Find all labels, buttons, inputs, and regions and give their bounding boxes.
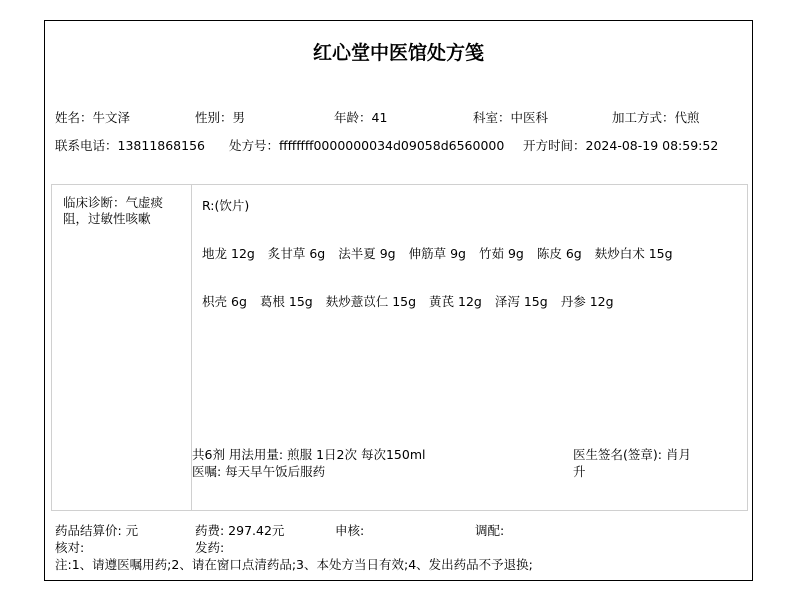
dosage-usage: 共6剂 用法用量: 煎服 1日2次 每次150ml — [192, 446, 425, 463]
notes-text: 注:1、请遵医嘱用药;2、请在窗口点清药品;3、本处方当日有效;4、发出药品不予… — [55, 556, 533, 573]
prescription-box: 临床诊断：气虚痰阻，过敏性咳嗽 R:(饮片) 地龙 12g 炙甘草 6g 法半夏… — [51, 184, 748, 511]
herb-list-line-2: 枳壳 6g 葛根 15g 麸炒薏苡仁 15g 黄芪 12g 泽泻 15g 丹参 … — [202, 292, 623, 310]
herb-item: 地龙 12g — [202, 246, 255, 261]
herb-item: 麸炒白术 15g — [595, 246, 673, 261]
herb-item: 黄芪 12g — [429, 294, 482, 309]
herb-item: 炙甘草 6g — [268, 246, 325, 261]
herb-item: 伸筋草 9g — [409, 246, 466, 261]
doctor-advice: 医嘱: 每天早午饭后服药 — [192, 463, 425, 480]
footer-notes: 注:1、请遵医嘱用药;2、请在窗口点清药品;3、本处方当日有效;4、发出药品不予… — [55, 556, 742, 573]
clinical-diagnosis: 临床诊断：气虚痰阻，过敏性咳嗽 — [52, 185, 192, 510]
usage-instructions: 共6剂 用法用量: 煎服 1日2次 每次150ml 医嘱: 每天早午饭后服药 — [192, 446, 425, 480]
herb-item: 枳壳 6g — [202, 294, 247, 309]
rx-header: R:(饮片) — [202, 196, 249, 214]
issue-field: 发药: — [195, 539, 224, 556]
herb-item: 丹参 12g — [561, 294, 614, 309]
doctor-signature: 医生签名(签章): 肖月升 — [573, 446, 698, 480]
prescription-time: 开方时间：2024-08-19 08:59:52 — [523, 136, 718, 154]
patient-gender: 性别：男 — [195, 108, 245, 126]
review-field: 申核: — [335, 522, 364, 539]
processing-method: 加工方式：代煎 — [612, 108, 700, 126]
prescription-sheet: 红心堂中医馆处方笺 姓名：牛文泽 性别：男 年龄：41 科室：中医科 加工方式：… — [44, 20, 753, 581]
herb-item: 竹茹 9g — [479, 246, 524, 261]
patient-info-row-2: 联系电话：13811868156 处方号：ffffffff0000000034d… — [55, 136, 742, 152]
herb-item: 法半夏 9g — [338, 246, 395, 261]
patient-info-row-1: 姓名：牛文泽 性别：男 年龄：41 科室：中医科 加工方式：代煎 — [55, 108, 742, 124]
herb-item: 陈皮 6g — [537, 246, 582, 261]
patient-name: 姓名：牛文泽 — [55, 108, 130, 126]
patient-phone: 联系电话：13811868156 — [55, 136, 205, 154]
prescription-content: R:(饮片) 地龙 12g 炙甘草 6g 法半夏 9g 伸筋草 9g 竹茹 9g… — [192, 185, 747, 510]
drug-fee: 药费: 297.42元 — [195, 522, 284, 539]
dispense-field: 调配: — [475, 522, 504, 539]
herb-item: 麸炒薏苡仁 15g — [326, 294, 416, 309]
herb-item: 葛根 15g — [260, 294, 313, 309]
settlement-price: 药品结算价: 元 — [55, 522, 138, 539]
footer: 药品结算价: 元 药费: 297.42元 申核: 调配: 核对: 发药: 注:1… — [55, 522, 742, 573]
footer-row-2: 核对: 发药: — [55, 539, 742, 556]
patient-age: 年龄：41 — [334, 108, 387, 126]
check-field: 核对: — [55, 539, 84, 556]
herb-item: 泽泻 15g — [495, 294, 548, 309]
page-title: 红心堂中医馆处方笺 — [45, 38, 752, 65]
department: 科室：中医科 — [473, 108, 548, 126]
prescription-number: 处方号：ffffffff0000000034d09058d6560000 — [229, 136, 504, 154]
footer-row-1: 药品结算价: 元 药费: 297.42元 申核: 调配: — [55, 522, 742, 539]
herb-list-line-1: 地龙 12g 炙甘草 6g 法半夏 9g 伸筋草 9g 竹茹 9g 陈皮 6g … — [202, 244, 682, 262]
